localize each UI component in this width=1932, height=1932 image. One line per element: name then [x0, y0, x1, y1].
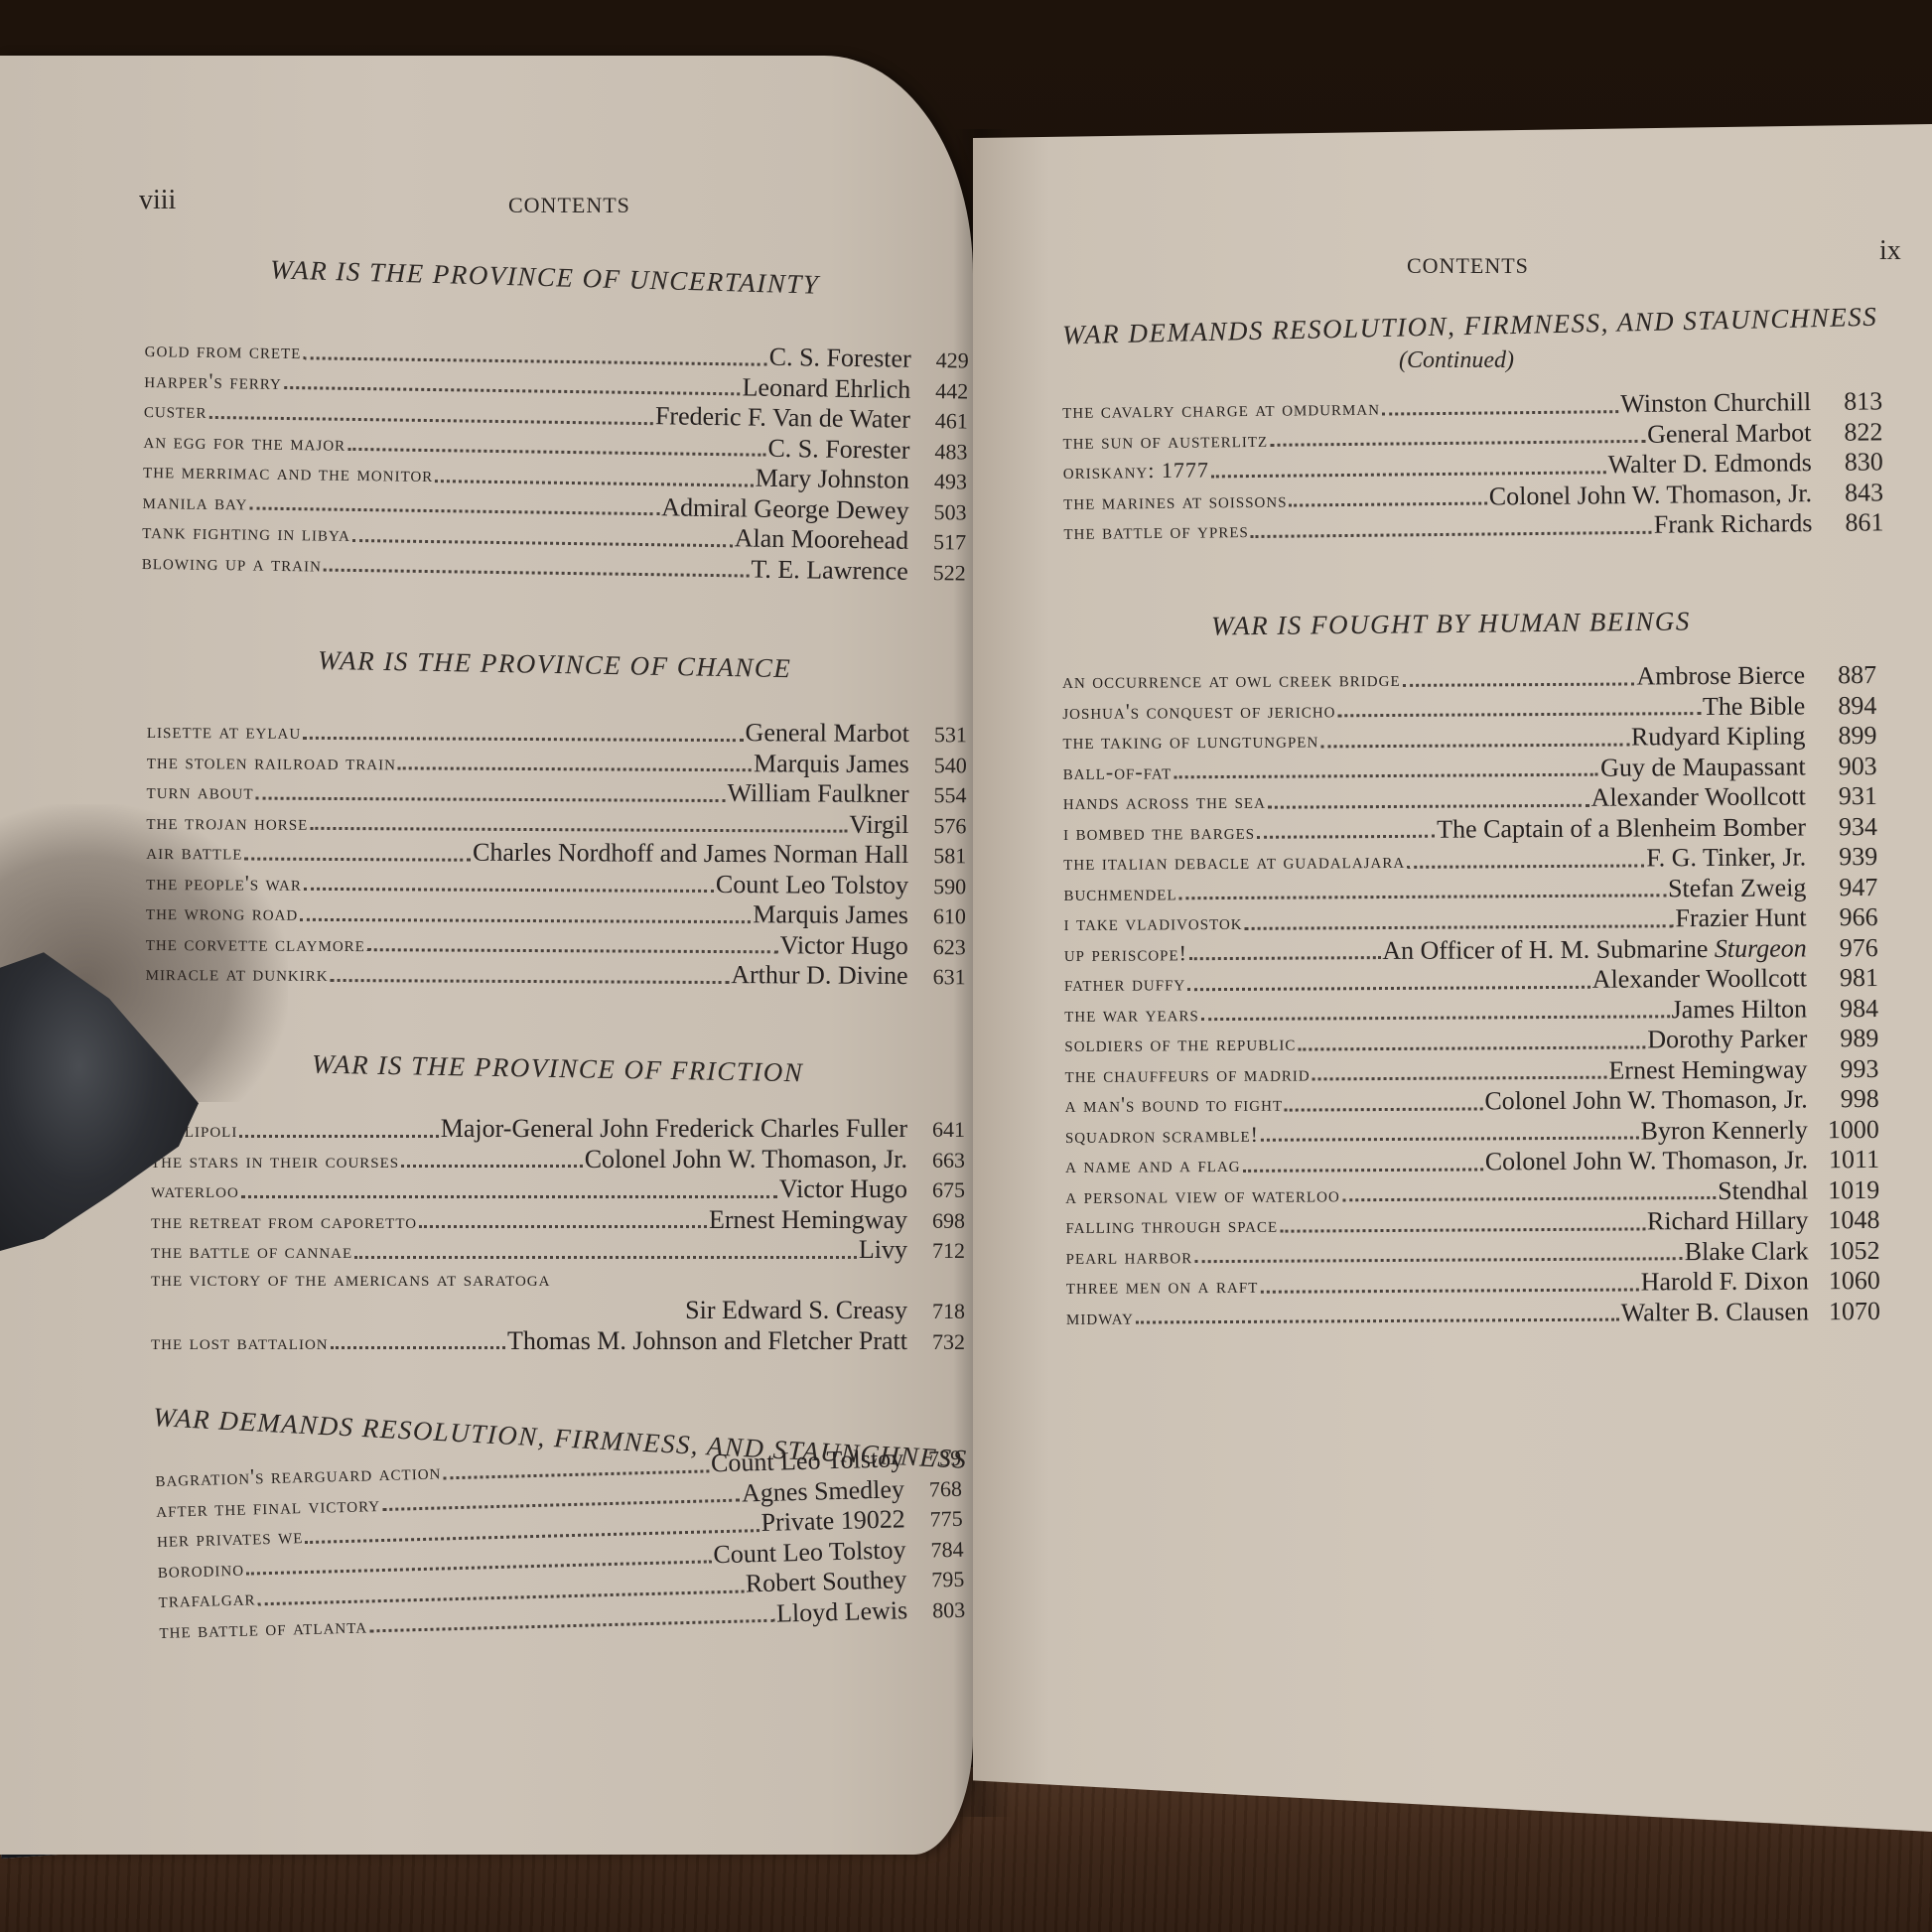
- entry-title: Pearl Harbor: [1066, 1243, 1193, 1270]
- leader-dots: [244, 857, 471, 861]
- toc-entry: Ball-of-FatGuy de Maupassant903: [1063, 751, 1877, 786]
- entry-author: Walter D. Edmonds: [1607, 448, 1811, 480]
- entry-author: Frank Richards: [1654, 508, 1813, 540]
- entry-page-number: 712: [917, 1238, 965, 1264]
- toc-entry: Three Men on a RaftHarold F. Dixon1060: [1066, 1266, 1880, 1302]
- entry-title: The Chauffeurs of Madrid: [1064, 1060, 1310, 1088]
- entry-page-number: 984: [1817, 993, 1878, 1023]
- entry-author: Major-General John Frederick Charles Ful…: [441, 1114, 907, 1144]
- leader-dots: [310, 827, 847, 833]
- toc-entry: The Trojan HorseVirgil576: [146, 805, 966, 840]
- entry-author: Blake Clark: [1685, 1236, 1809, 1267]
- entry-author-text: Guy de Maupassant: [1600, 752, 1806, 781]
- entry-author: Livy: [859, 1235, 907, 1265]
- entry-author: Colonel John W. Thomason, Jr.: [1484, 1084, 1807, 1116]
- leader-dots: [1261, 1136, 1639, 1141]
- entry-page-number: 894: [1815, 690, 1876, 720]
- entry-author: Ernest Hemingway: [1608, 1054, 1807, 1085]
- entry-title: I Take Vladivostok: [1064, 909, 1243, 936]
- toc-entry: WaterlooVictor Hugo675: [151, 1174, 965, 1205]
- entry-author: Walter B. Clausen: [1621, 1297, 1809, 1327]
- entry-page-number: 623: [918, 934, 966, 960]
- entry-title: A Man's Bound to Fight: [1065, 1091, 1284, 1118]
- entry-author: Colonel John W. Thomason, Jr.: [1489, 479, 1813, 511]
- entry-author-text: Frank Richards: [1654, 508, 1813, 539]
- entry-page-number: 1052: [1819, 1235, 1880, 1265]
- entry-author-text: Frederic F. Van de Water: [655, 401, 910, 434]
- leader-dots: [352, 538, 733, 546]
- toc-entry: The Corvette ClaymoreVictor Hugo623: [146, 926, 966, 961]
- entry-author-text: The Bible: [1703, 691, 1805, 721]
- entry-author-text: Count Leo Tolstoy: [716, 870, 908, 899]
- entry-author: Dorothy Parker: [1647, 1024, 1807, 1054]
- entry-page-number: 442: [920, 377, 968, 404]
- entry-page-number: 1011: [1818, 1145, 1879, 1174]
- leader-dots: [239, 1135, 438, 1138]
- entry-title: The Wrong Road: [146, 899, 298, 926]
- entry-author-text: Victor Hugo: [780, 930, 908, 960]
- entry-page-number: 610: [918, 903, 966, 929]
- toc-list-resolution-continued: The Cavalry Charge at OmdurmanWinston Ch…: [1062, 386, 1884, 546]
- entry-page-number: 675: [917, 1177, 965, 1203]
- entry-author: T. E. Lawrence: [751, 554, 908, 586]
- entry-author: An Officer of H. M. Submarine Sturgeon: [1382, 933, 1807, 966]
- entry-author-text: Harold F. Dixon: [1641, 1266, 1809, 1296]
- entry-page-number: 739: [913, 1446, 962, 1472]
- entry-author-text: Alan Moorehead: [735, 523, 909, 554]
- leader-dots: [443, 1469, 709, 1479]
- entry-author: Admiral George Dewey: [661, 492, 909, 525]
- leader-dots: [398, 766, 752, 771]
- entry-page-number: 1060: [1819, 1266, 1880, 1296]
- entry-page-number: 540: [919, 753, 967, 778]
- entry-author: Marquis James: [753, 899, 908, 930]
- toc-entry: The Victory of the Americans at Saratoga: [151, 1266, 965, 1297]
- entry-author-text: The Captain of a Blenheim Bomber: [1437, 812, 1806, 843]
- entry-author-text: C. S. Forester: [769, 343, 911, 373]
- entry-author: Colonel John W. Thomason, Jr.: [585, 1145, 907, 1174]
- leader-dots: [401, 1165, 583, 1168]
- entry-author-text: Ernest Hemingway: [1608, 1054, 1807, 1084]
- leader-dots: [1187, 985, 1590, 990]
- entry-page-number: 718: [917, 1299, 965, 1324]
- section-title-friction: WAR IS THE PROVINCE OF FRICTION: [312, 1049, 804, 1089]
- entry-author: Ambrose Bierce: [1636, 660, 1805, 691]
- entry-title: Waterloo: [151, 1177, 239, 1203]
- entry-author: Mary Johnston: [756, 464, 910, 495]
- entry-author-text: Livy: [859, 1235, 907, 1264]
- section-subtitle-continued: (Continued): [1399, 347, 1514, 374]
- entry-author-italic: Sturgeon: [1715, 933, 1807, 963]
- entry-author-text: Private 19022: [760, 1504, 905, 1537]
- entry-author: Agnes Smedley: [742, 1474, 905, 1508]
- entry-author: The Bible: [1703, 691, 1805, 722]
- entry-author-text: Arthur D. Divine: [731, 960, 908, 990]
- entry-page-number: 934: [1816, 811, 1877, 841]
- toc-entry: Miracle at DunkirkArthur D. Divine631: [146, 957, 966, 992]
- entry-author: Frazier Hunt: [1675, 902, 1806, 933]
- entry-author-text: Colonel John W. Thomason, Jr.: [585, 1145, 907, 1173]
- entry-page-number: 989: [1817, 1024, 1878, 1053]
- entry-author-text: Winston Churchill: [1620, 387, 1811, 418]
- leader-dots: [324, 569, 750, 578]
- entry-page-number: 732: [917, 1329, 965, 1355]
- toc-entry: Air BattleCharles Nordhoff and James Nor…: [146, 836, 966, 871]
- leader-dots: [304, 888, 714, 893]
- entry-author: General Marbot: [1647, 418, 1812, 450]
- entry-title: Custer: [144, 397, 207, 424]
- leader-dots: [369, 1619, 774, 1633]
- entry-author-text: Lloyd Lewis: [776, 1595, 908, 1627]
- entry-author-text: Mary Johnston: [756, 464, 910, 494]
- entry-author-text: General Marbot: [1647, 418, 1812, 449]
- leader-dots: [300, 917, 751, 922]
- entry-author-text: Marquis James: [753, 899, 908, 929]
- entry-author-text: Walter B. Clausen: [1621, 1297, 1809, 1326]
- left-page: viii CONTENTS WAR IS THE PROVINCE OF UNC…: [0, 56, 973, 1855]
- leader-dots: [1245, 924, 1674, 930]
- entry-page-number: 1000: [1818, 1114, 1879, 1144]
- leader-dots: [347, 448, 765, 457]
- entry-page-number: 887: [1815, 660, 1876, 690]
- leader-dots: [208, 415, 653, 424]
- entry-title: Manila Bay: [142, 487, 247, 514]
- leader-dots: [1280, 1227, 1645, 1232]
- entry-author: Victor Hugo: [780, 930, 908, 961]
- entry-title: An Occurrence at Owl Creek Bridge: [1062, 666, 1401, 694]
- entry-author-text: F. G. Tinker, Jr.: [1646, 842, 1806, 872]
- entry-author: The Captain of a Blenheim Bomber: [1437, 812, 1806, 844]
- leader-dots: [1189, 956, 1380, 960]
- entry-author-text: William Faulkner: [727, 778, 908, 808]
- entry-page-number: 554: [919, 782, 967, 808]
- entry-page-number: 931: [1816, 781, 1877, 811]
- toc-entry: BuchmendelStefan Zweig947: [1063, 872, 1877, 907]
- entry-author-text: Ernest Hemingway: [709, 1205, 907, 1234]
- entry-author-text: Frazier Hunt: [1675, 902, 1806, 932]
- entry-author: Byron Kennerly: [1641, 1115, 1808, 1146]
- entry-author: Marquis James: [754, 749, 909, 779]
- entry-page-number: 768: [914, 1475, 963, 1502]
- entry-title: Falling Through Space: [1065, 1212, 1278, 1239]
- entry-page-number: 903: [1816, 751, 1877, 780]
- entry-title: Up Periscope!: [1064, 940, 1187, 967]
- toc-list-chance: Lisette at EylauGeneral Marbot531The Sto…: [146, 715, 967, 992]
- toc-entry: I Bombed the BargesThe Captain of a Blen…: [1063, 811, 1877, 847]
- entry-author: James Hilton: [1672, 994, 1808, 1025]
- entry-author: Colonel John W. Thomason, Jr.: [1485, 1145, 1808, 1176]
- entry-author: C. S. Forester: [767, 433, 909, 465]
- toc-entry: The Chauffeurs of MadridErnest Hemingway…: [1064, 1053, 1878, 1089]
- page-number-left: viii: [139, 185, 176, 216]
- entry-title: The People's War: [146, 869, 302, 896]
- leader-dots: [1201, 1015, 1670, 1021]
- running-head-right: CONTENTS: [1407, 253, 1529, 279]
- entry-title: Ball-of-Fat: [1063, 759, 1173, 785]
- entry-author: Frederic F. Van de Water: [655, 401, 910, 435]
- entry-author: Sir Edward S. Creasy: [685, 1296, 907, 1325]
- entry-title: Turn About: [147, 778, 254, 805]
- entry-author: Lloyd Lewis: [776, 1595, 908, 1628]
- leader-dots: [1211, 471, 1606, 478]
- entry-author-text: Blake Clark: [1685, 1236, 1809, 1266]
- entry-title: The Battle of Ypres: [1063, 517, 1249, 545]
- entry-page-number: 641: [917, 1117, 965, 1143]
- leader-dots: [1194, 1257, 1683, 1263]
- toc-entry: Lisette at EylauGeneral Marbot531: [147, 715, 967, 750]
- entry-title: A Name and a Flag: [1065, 1152, 1241, 1178]
- entry-author: Ernest Hemingway: [709, 1205, 907, 1235]
- entry-author-text: Colonel John W. Thomason, Jr.: [1489, 479, 1813, 510]
- toc-entry: Turn AboutWilliam Faulkner554: [147, 775, 967, 810]
- entry-author: Victor Hugo: [779, 1174, 907, 1204]
- entry-title: An Egg for the Major: [143, 427, 345, 456]
- entry-author-text: Victor Hugo: [779, 1174, 907, 1203]
- entry-author: Stendhal: [1718, 1175, 1808, 1206]
- entry-author-text: Walter D. Edmonds: [1607, 448, 1811, 479]
- entry-author: General Marbot: [746, 718, 909, 749]
- entry-page-number: 843: [1822, 478, 1883, 508]
- entry-page-number: 775: [914, 1506, 963, 1533]
- entry-title: Father Duffy: [1064, 970, 1185, 997]
- entry-title: Lisette at Eylau: [147, 718, 301, 745]
- entry-page-number: 631: [918, 964, 966, 990]
- entry-page-number: 947: [1816, 872, 1877, 901]
- toc-entry: The War YearsJames Hilton984: [1064, 993, 1878, 1029]
- leader-dots: [303, 736, 743, 741]
- entry-author-text: Alexander Woollcott: [1591, 781, 1806, 811]
- leader-dots: [1382, 410, 1618, 415]
- leader-dots: [435, 480, 753, 486]
- leader-dots: [1173, 773, 1598, 779]
- leader-dots: [1285, 1107, 1482, 1111]
- entry-author: Count Leo Tolstoy: [713, 1535, 906, 1570]
- entry-page-number: 830: [1822, 447, 1883, 478]
- entry-page-number: 899: [1815, 721, 1876, 751]
- entry-author-text: Charles Nordhoff and James Norman Hall: [473, 838, 908, 869]
- entry-author: Arthur D. Divine: [731, 960, 908, 991]
- entry-author: Thomas M. Johnson and Fletcher Pratt: [507, 1326, 907, 1356]
- leader-dots: [1136, 1318, 1619, 1324]
- entry-author: Richard Hillary: [1647, 1205, 1809, 1236]
- entry-title: Gold from Crete: [145, 337, 302, 364]
- entry-title: Tank Fighting in Libya: [142, 518, 350, 547]
- section-title-human-beings: WAR IS FOUGHT BY HUMAN BEINGS: [1211, 606, 1691, 641]
- toc-entry: The Wrong RoadMarquis James610: [146, 897, 966, 931]
- entry-author-text: Robert Southey: [745, 1565, 906, 1597]
- entry-title: Air Battle: [146, 839, 242, 866]
- entry-page-number: 1070: [1819, 1296, 1880, 1325]
- entry-author: Alexander Woollcott: [1592, 963, 1807, 994]
- entry-title: The Marines at Soissons: [1063, 486, 1288, 514]
- entry-page-number: 784: [915, 1536, 964, 1563]
- leader-dots: [1251, 530, 1652, 537]
- entry-page-number: 1019: [1818, 1174, 1879, 1204]
- entry-author-text: Rudyard Kipling: [1631, 721, 1806, 751]
- entry-title: The Merrimac and the Monitor: [143, 458, 434, 487]
- entry-author: Harold F. Dixon: [1641, 1266, 1809, 1297]
- leader-dots: [249, 506, 659, 515]
- entry-page-number: 461: [920, 408, 968, 435]
- entry-page-number: 663: [917, 1148, 965, 1173]
- entry-author-text: T. E. Lawrence: [751, 554, 908, 585]
- toc-entry: Falling Through SpaceRichard Hillary1048: [1065, 1205, 1879, 1241]
- toc-entry: The People's WarCount Leo Tolstoy590: [146, 866, 966, 900]
- toc-entry: A Personal View of WaterlooStendhal1019: [1065, 1174, 1879, 1210]
- entry-author: Stefan Zweig: [1668, 873, 1807, 903]
- leader-dots: [1290, 502, 1487, 507]
- entry-page-number: 698: [917, 1208, 965, 1234]
- entry-title: The Retreat from Caporetto: [151, 1208, 417, 1234]
- leader-dots: [354, 1256, 857, 1259]
- entry-title: Oriskany: 1777: [1063, 457, 1209, 484]
- entry-author: Private 19022: [760, 1504, 905, 1538]
- entry-author-text: James Hilton: [1672, 994, 1808, 1024]
- leader-dots: [367, 948, 778, 953]
- entry-author: Alexander Woollcott: [1591, 781, 1806, 812]
- entry-page-number: 531: [919, 722, 967, 748]
- entry-author-text: Byron Kennerly: [1641, 1115, 1808, 1145]
- entry-author-text: Thomas M. Johnson and Fletcher Pratt: [507, 1326, 907, 1355]
- toc-entry: The Stolen Railroad TrainMarquis James54…: [147, 745, 967, 779]
- entry-title: Miracle at Dunkirk: [146, 960, 329, 987]
- entry-page-number: 966: [1816, 902, 1877, 932]
- leader-dots: [303, 356, 766, 366]
- entry-author-text: Richard Hillary: [1647, 1205, 1809, 1235]
- toc-entry: Soldiers of the RepublicDorothy Parker98…: [1064, 1024, 1878, 1059]
- toc-entry: Father DuffyAlexander Woollcott981: [1064, 963, 1878, 999]
- entry-title: I Bombed the Barges: [1063, 818, 1255, 845]
- entry-author-text: Colonel John W. Thomason, Jr.: [1484, 1084, 1807, 1115]
- leader-dots: [419, 1225, 707, 1228]
- entry-author: Charles Nordhoff and James Norman Hall: [473, 838, 908, 870]
- entry-page-number: 993: [1817, 1053, 1878, 1083]
- entry-author-text: Ambrose Bierce: [1636, 660, 1805, 690]
- leader-dots: [331, 1346, 505, 1349]
- toc-entry: An Occurrence at Owl Creek BridgeAmbrose…: [1062, 660, 1876, 696]
- entry-author-text: C. S. Forester: [767, 433, 909, 464]
- entry-title: The Trojan Horse: [146, 808, 308, 835]
- leader-dots: [1320, 743, 1629, 748]
- entry-author: Guy de Maupassant: [1600, 752, 1806, 782]
- toc-entry: A Name and a FlagColonel John W. Thomaso…: [1065, 1145, 1879, 1180]
- leader-dots: [1312, 1076, 1607, 1081]
- leader-dots: [241, 1195, 777, 1198]
- entry-title: Her Privates We: [157, 1523, 304, 1553]
- toc-entry: I Take VladivostokFrazier Hunt966: [1063, 902, 1877, 938]
- entry-page-number: 822: [1821, 417, 1882, 448]
- toc-entry-author-line: Sir Edward S. Creasy718: [151, 1296, 965, 1326]
- entry-page-number: 813: [1821, 386, 1882, 417]
- entry-author-text: Colonel John W. Thomason, Jr.: [1485, 1145, 1808, 1175]
- entry-title: Trafalgar: [158, 1585, 256, 1613]
- entry-title: Joshua's Conquest of Jericho: [1062, 697, 1335, 725]
- entry-title: After the Final Victory: [156, 1491, 381, 1523]
- entry-title: Soldiers of the Republic: [1064, 1031, 1296, 1057]
- entry-title: The Lost Battalion: [151, 1329, 329, 1355]
- toc-entry: Up Periscope!An Officer of H. M. Submari…: [1064, 932, 1878, 968]
- leader-dots: [1342, 1196, 1717, 1201]
- entry-author-text: Virgil: [849, 809, 908, 838]
- entry-page-number: 503: [918, 498, 966, 525]
- entry-page-number: 517: [918, 529, 966, 556]
- entry-page-number: 590: [918, 874, 966, 899]
- toc-entry: The Lost BattalionThomas M. Johnson and …: [151, 1326, 965, 1357]
- entry-page-number: 939: [1816, 842, 1877, 872]
- section-title-uncertainty: WAR IS THE PROVINCE OF UNCERTAINTY: [270, 254, 820, 300]
- entry-title: The War Years: [1064, 1001, 1199, 1028]
- entry-page-number: 581: [918, 843, 966, 869]
- entry-title: The Battle of Atlanta: [159, 1612, 367, 1643]
- entry-page-number: 493: [919, 469, 967, 495]
- entry-title: Borodino: [157, 1555, 244, 1583]
- toc-entry: MidwayWalter B. Clausen1070: [1066, 1296, 1880, 1331]
- toc-list-resolution: Bagration's Rearguard ActionCount Leo To…: [155, 1443, 966, 1645]
- entry-author-text: Count Leo Tolstoy: [713, 1535, 906, 1569]
- toc-entry: Pearl HarborBlake Clark1052: [1066, 1235, 1880, 1271]
- entry-author: Robert Southey: [745, 1565, 906, 1598]
- toc-entry: The Retreat from CaporettoErnest Hemingw…: [151, 1205, 965, 1236]
- entry-title: Hands Across the Sea: [1063, 788, 1266, 815]
- entry-page-number: 795: [916, 1567, 965, 1593]
- page-number-right: ix: [1879, 235, 1901, 267]
- section-title-resolution-continued: WAR DEMANDS RESOLUTION, FIRMNESS, AND ST…: [1062, 302, 1878, 351]
- leader-dots: [1257, 835, 1435, 839]
- entry-title: Squadron Scramble!: [1065, 1121, 1259, 1148]
- leader-dots: [284, 386, 741, 395]
- leader-dots: [1403, 682, 1635, 686]
- entry-author-text: Dorothy Parker: [1647, 1024, 1807, 1053]
- entry-page-number: 861: [1822, 507, 1883, 538]
- entry-author: F. G. Tinker, Jr.: [1646, 842, 1806, 873]
- toc-entry: A Man's Bound to FightColonel John W. Th…: [1065, 1084, 1879, 1120]
- entry-title: A Personal View of Waterloo: [1065, 1181, 1340, 1209]
- section-title-chance: WAR IS THE PROVINCE OF CHANCE: [318, 645, 792, 684]
- entry-page-number: 803: [917, 1596, 966, 1623]
- entry-author: Leonard Ehrlich: [742, 372, 910, 404]
- leader-dots: [1337, 712, 1701, 717]
- entry-title: The Victory of the Americans at Saratoga: [151, 1266, 550, 1292]
- leader-dots: [1243, 1168, 1483, 1172]
- toc-entry: GallipoliMajor-General John Frederick Ch…: [151, 1114, 965, 1145]
- entry-page-number: 429: [921, 347, 969, 374]
- entry-title: Buchmendel: [1063, 880, 1176, 906]
- entry-author-text: Alexander Woollcott: [1592, 963, 1807, 993]
- toc-list-human-beings: An Occurrence at Owl Creek BridgeAmbrose…: [1062, 660, 1880, 1331]
- toc-list-friction: GallipoliMajor-General John Frederick Ch…: [151, 1114, 965, 1356]
- entry-title: The Battle of Cannae: [151, 1238, 352, 1264]
- entry-title: Blowing up a Train: [142, 548, 323, 577]
- entry-page-number: 576: [918, 813, 966, 839]
- toc-entry: The Stars in Their CoursesColonel John W…: [151, 1145, 965, 1175]
- entry-author-text: Stendhal: [1718, 1175, 1808, 1205]
- right-page: CONTENTS ix WAR DEMANDS RESOLUTION, FIRM…: [973, 124, 1932, 1832]
- entry-title: The Stars in Their Courses: [151, 1148, 399, 1173]
- entry-title: Midway: [1066, 1304, 1134, 1329]
- leader-dots: [1407, 864, 1644, 868]
- entry-page-number: 976: [1817, 932, 1878, 962]
- entry-author-text: Major-General John Frederick Charles Ful…: [441, 1114, 907, 1143]
- leader-dots: [1298, 1045, 1645, 1050]
- leader-dots: [256, 796, 726, 801]
- entry-page-number: 998: [1818, 1084, 1879, 1114]
- entry-author: Count Leo Tolstoy: [716, 870, 908, 900]
- entry-author-text: General Marbot: [746, 718, 909, 748]
- entry-author-text: Admiral George Dewey: [661, 492, 909, 524]
- entry-title: The Corvette Claymore: [146, 929, 365, 956]
- entry-title: The Italian Debacle at Guadalajara: [1063, 848, 1405, 876]
- entry-author: Alan Moorehead: [735, 523, 909, 555]
